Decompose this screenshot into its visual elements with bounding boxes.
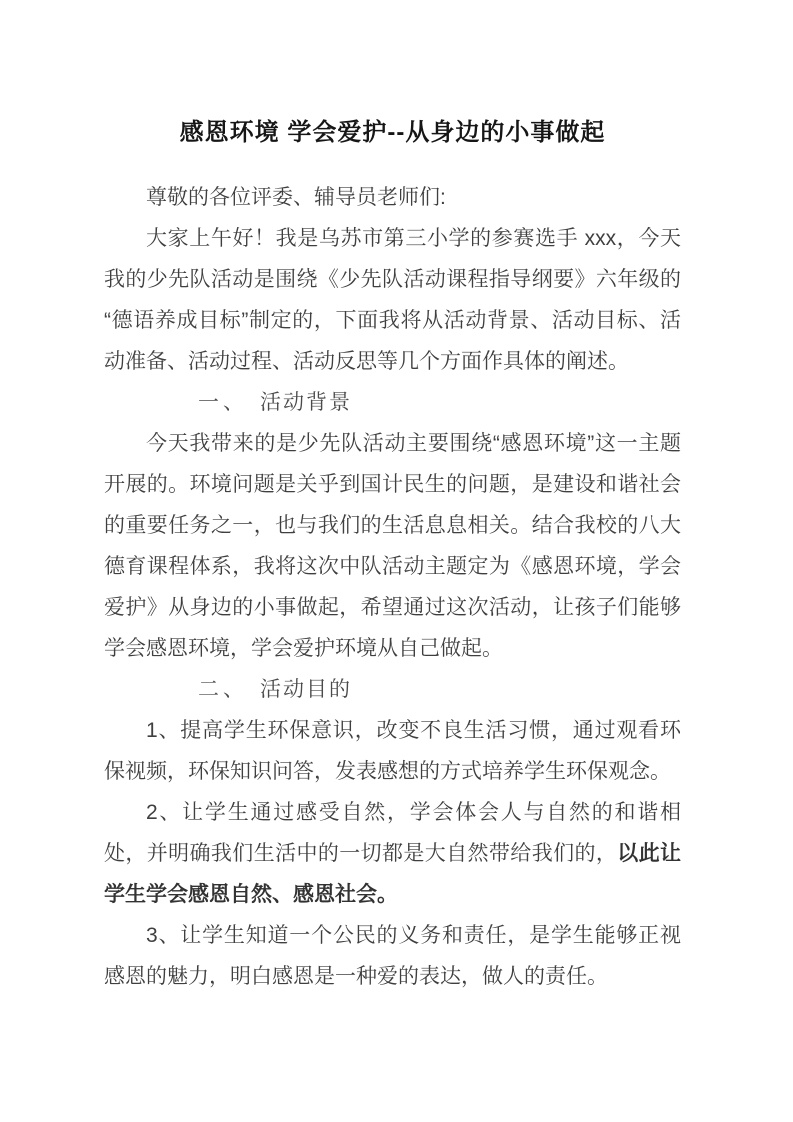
objective-item-1: 1、提高学生环保意识，改变不良生活习惯，通过观看环保视频，环保知识问答，发表感想… (104, 710, 681, 792)
section-2-heading: 二、活动目的 (104, 669, 681, 710)
section-2-number: 二、 (198, 677, 248, 701)
section-1-number: 一、 (198, 390, 248, 414)
document-title: 感恩环境 学会爱护--从身边的小事做起 (104, 118, 681, 148)
section-1-title: 活动背景 (260, 390, 352, 414)
salutation-line: 尊敬的各位评委、辅导员老师们: (104, 177, 681, 218)
section-1-body: 今天我带来的是少先队活动主要围绕“感恩环境”这一主题开展的。环境问题是关乎到国计… (104, 423, 681, 669)
section-2-title: 活动目的 (260, 677, 352, 701)
objective-item-3: 3、让学生知道一个公民的义务和责任，是学生能够正视感恩的魅力，明白感恩是一种爱的… (104, 915, 681, 997)
objective-item-2-text: 2、让学生通过感受自然，学会体会人与自然的和谐相处，并明确我们生活中的一切都是大… (104, 801, 681, 865)
document-page: 感恩环境 学会爱护--从身边的小事做起 尊敬的各位评委、辅导员老师们: 大家上午… (0, 0, 793, 1122)
section-1-heading: 一、活动背景 (104, 382, 681, 423)
objective-item-2: 2、让学生通过感受自然，学会体会人与自然的和谐相处，并明确我们生活中的一切都是大… (104, 792, 681, 915)
intro-paragraph: 大家上午好！我是乌苏市第三小学的参赛选手 xxx，今天我的少先队活动是围绕《少先… (104, 218, 681, 382)
